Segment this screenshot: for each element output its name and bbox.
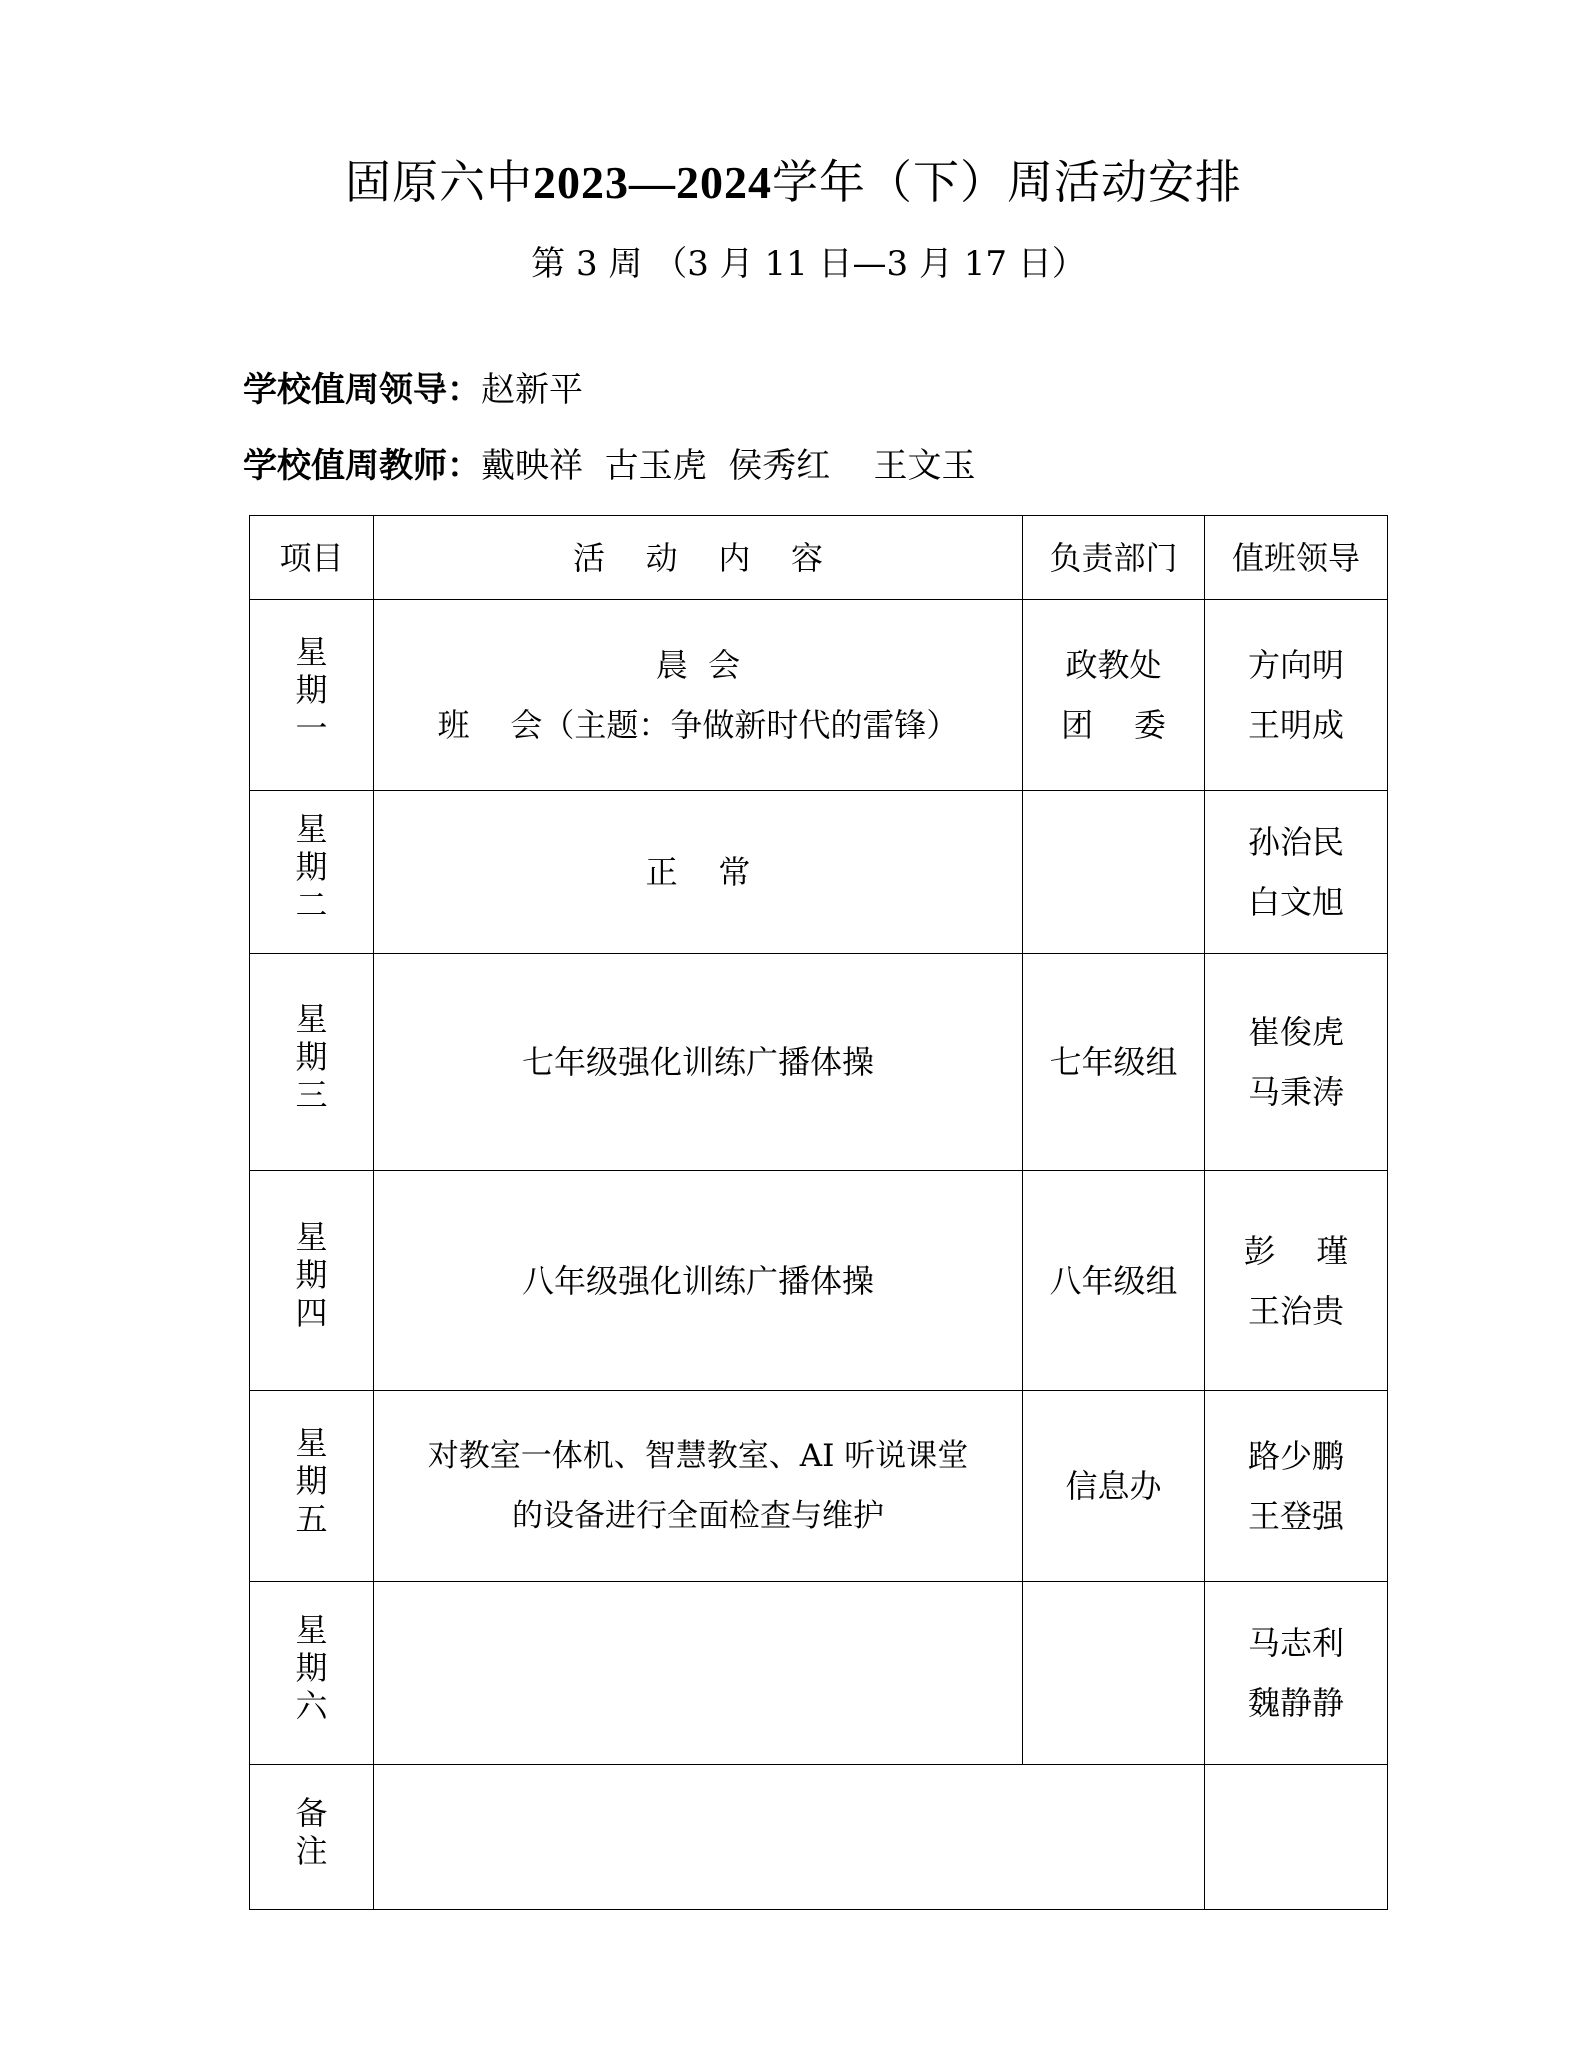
day-cell: 星期五	[250, 1391, 374, 1582]
remarks-label-cell: 备注	[250, 1765, 374, 1910]
leader-cell: 崔俊虎 马秉涛	[1205, 954, 1388, 1171]
content-line: 正 常	[374, 842, 1022, 902]
content-line: 对教室一体机、智慧教室、AI 听说课堂	[374, 1426, 1022, 1486]
table-row: 星期四 八年级强化训练广播体操 八年级组 彭 瑾 王治贵	[250, 1171, 1388, 1391]
leader-cell: 路少鹏 王登强	[1205, 1391, 1388, 1582]
leader-name: 王登强	[1205, 1486, 1387, 1546]
header-content: 活 动 内 容	[374, 516, 1023, 600]
leader-cell: 马志利 魏静静	[1205, 1582, 1388, 1765]
day-cell: 星期一	[250, 600, 374, 791]
department-cell: 八年级组	[1023, 1171, 1205, 1391]
header-item: 项目	[250, 516, 374, 600]
department-cell: 信息办	[1023, 1391, 1205, 1582]
leader-name: 魏静静	[1205, 1673, 1387, 1733]
content-line: 晨 会	[374, 635, 1022, 695]
content-cell	[374, 1582, 1023, 1765]
content-cell: 七年级强化训练广播体操	[374, 954, 1023, 1171]
title-school: 固原六中	[345, 155, 533, 209]
leader-cell: 彭 瑾 王治贵	[1205, 1171, 1388, 1391]
leader-name: 马志利	[1205, 1613, 1387, 1673]
leader-name: 路少鹏	[1205, 1426, 1387, 1486]
department-line: 团 委	[1023, 695, 1204, 755]
leader-cell: 孙治民 白文旭	[1205, 791, 1388, 954]
leader-name: 孙治民	[1205, 812, 1387, 872]
content-line: 七年级强化训练广播体操	[374, 1032, 1022, 1092]
day-cell: 星期二	[250, 791, 374, 954]
table-row: 星期一 晨 会 班 会（主题：争做新时代的雷锋） 政教处 团 委 方向明 王明成	[250, 600, 1388, 791]
day-cell: 星期四	[250, 1171, 374, 1391]
week-subtitle: 第 3 周 （3 月 11 日—3 月 17 日）	[0, 240, 1587, 288]
day-cell: 星期三	[250, 954, 374, 1171]
department-cell: 七年级组	[1023, 954, 1205, 1171]
duty-leader-label: 学校值周领导：	[243, 370, 481, 410]
table-row: 星期三 七年级强化训练广播体操 七年级组 崔俊虎 马秉涛	[250, 954, 1388, 1171]
day-cell: 星期六	[250, 1582, 374, 1765]
table-row: 星期二 正 常 孙治民 白文旭	[250, 791, 1388, 954]
day-label: 星期三	[295, 1000, 329, 1114]
remarks-row: 备注	[250, 1765, 1388, 1910]
content-cell: 正 常	[374, 791, 1023, 954]
content-cell: 八年级强化训练广播体操	[374, 1171, 1023, 1391]
department-line: 信息办	[1023, 1456, 1204, 1516]
duty-leader-value: 赵新平	[481, 370, 583, 410]
content-line: 班 会（主题：争做新时代的雷锋）	[374, 695, 1022, 755]
leader-cell: 方向明 王明成	[1205, 600, 1388, 791]
department-cell: 政教处 团 委	[1023, 600, 1205, 791]
page-title: 固原六中2023—2024学年（下）周活动安排	[0, 150, 1587, 215]
leader-name: 方向明	[1205, 635, 1387, 695]
leader-name: 崔俊虎	[1205, 1002, 1387, 1062]
department-line: 七年级组	[1023, 1032, 1204, 1092]
day-label: 星期二	[295, 810, 329, 924]
remarks-label: 备注	[295, 1794, 329, 1870]
day-label: 星期四	[295, 1218, 329, 1332]
duty-teachers-label: 学校值周教师：	[243, 446, 481, 486]
department-cell	[1023, 791, 1205, 954]
title-years: 2023—2024	[533, 157, 772, 208]
content-cell: 对教室一体机、智慧教室、AI 听说课堂 的设备进行全面检查与维护	[374, 1391, 1023, 1582]
duty-teachers-line: 学校值周教师：戴映祥 古玉虎 侯秀红 王文玉	[243, 442, 975, 490]
table-row: 星期六 马志利 魏静静	[250, 1582, 1388, 1765]
department-cell	[1023, 1582, 1205, 1765]
leader-name: 王明成	[1205, 695, 1387, 755]
content-line: 的设备进行全面检查与维护	[374, 1486, 1022, 1546]
day-label: 星期一	[295, 633, 329, 747]
day-label: 星期六	[295, 1611, 329, 1725]
leader-name: 王治贵	[1205, 1281, 1387, 1341]
duty-teachers-value: 戴映祥 古玉虎 侯秀红 王文玉	[481, 446, 975, 486]
leader-name: 白文旭	[1205, 872, 1387, 932]
content-line: 八年级强化训练广播体操	[374, 1251, 1022, 1311]
table-header-row: 项目 活 动 内 容 负责部门 值班领导	[250, 516, 1388, 600]
header-department: 负责部门	[1023, 516, 1205, 600]
department-line: 政教处	[1023, 635, 1204, 695]
department-line: 八年级组	[1023, 1251, 1204, 1311]
duty-leader-line: 学校值周领导：赵新平	[243, 366, 583, 414]
remarks-leader-cell	[1205, 1765, 1388, 1910]
leader-name: 彭 瑾	[1205, 1221, 1387, 1281]
leader-name: 马秉涛	[1205, 1062, 1387, 1122]
header-leader: 值班领导	[1205, 516, 1388, 600]
weekly-schedule-table: 项目 活 动 内 容 负责部门 值班领导 星期一 晨 会 班 会（主题：争做新时…	[249, 515, 1388, 1910]
content-cell: 晨 会 班 会（主题：争做新时代的雷锋）	[374, 600, 1023, 791]
remarks-content-cell	[374, 1765, 1205, 1910]
table-row: 星期五 对教室一体机、智慧教室、AI 听说课堂 的设备进行全面检查与维护 信息办…	[250, 1391, 1388, 1582]
day-label: 星期五	[295, 1424, 329, 1538]
title-suffix: 学年（下）周活动安排	[772, 155, 1242, 209]
